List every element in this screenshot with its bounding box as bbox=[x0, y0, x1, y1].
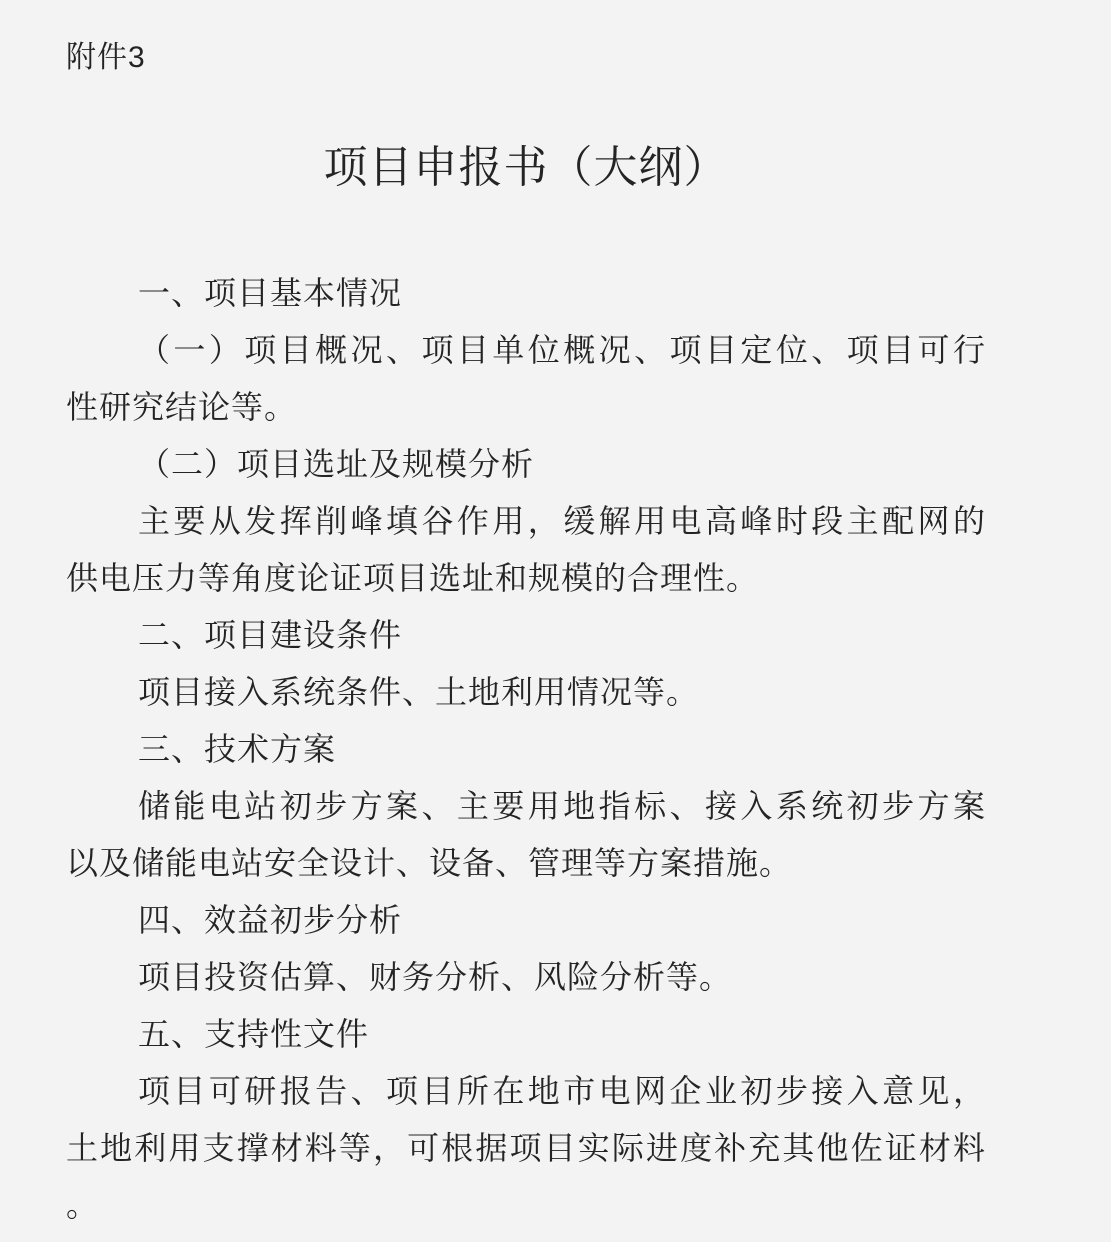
document-line: 主要从发挥削峰填谷作用，缓解用电高峰时段主配网的 bbox=[66, 493, 986, 550]
document-line: （一）项目概况、项目单位概况、项目定位、项目可行 bbox=[66, 322, 986, 379]
document-body: 一、项目基本情况（一）项目概况、项目单位概况、项目定位、项目可行性研究结论等。（… bbox=[66, 265, 986, 1234]
document-line: 五、支持性文件 bbox=[66, 1006, 986, 1063]
document-line: 供电压力等角度论证项目选址和规模的合理性。 bbox=[66, 550, 986, 607]
document-line: 土地利用支撑材料等，可根据项目实际进度补充其他佐证材料 bbox=[66, 1120, 986, 1177]
document-line: 三、技术方案 bbox=[66, 721, 986, 778]
document-line: 项目可研报告、项目所在地市电网企业初步接入意见， bbox=[66, 1063, 986, 1120]
document-line: 项目投资估算、财务分析、风险分析等。 bbox=[66, 949, 986, 1006]
document-line: 以及储能电站安全设计、设备、管理等方案措施。 bbox=[66, 835, 986, 892]
attachment-label: 附件3 bbox=[66, 36, 146, 80]
document-line: 一、项目基本情况 bbox=[66, 265, 986, 322]
document-line: 二、项目建设条件 bbox=[66, 607, 986, 664]
document-line: 项目接入系统条件、土地利用情况等。 bbox=[66, 664, 986, 721]
document-line: 。 bbox=[66, 1177, 986, 1234]
document-title: 项目申报书（大纲） bbox=[66, 136, 986, 200]
document-line: （二）项目选址及规模分析 bbox=[66, 436, 986, 493]
document-line: 性研究结论等。 bbox=[66, 379, 986, 436]
document-line: 储能电站初步方案、主要用地指标、接入系统初步方案 bbox=[66, 778, 986, 835]
document-line: 四、效益初步分析 bbox=[66, 892, 986, 949]
document-page: 附件3 项目申报书（大纲） 一、项目基本情况（一）项目概况、项目单位概况、项目定… bbox=[0, 0, 1111, 1242]
